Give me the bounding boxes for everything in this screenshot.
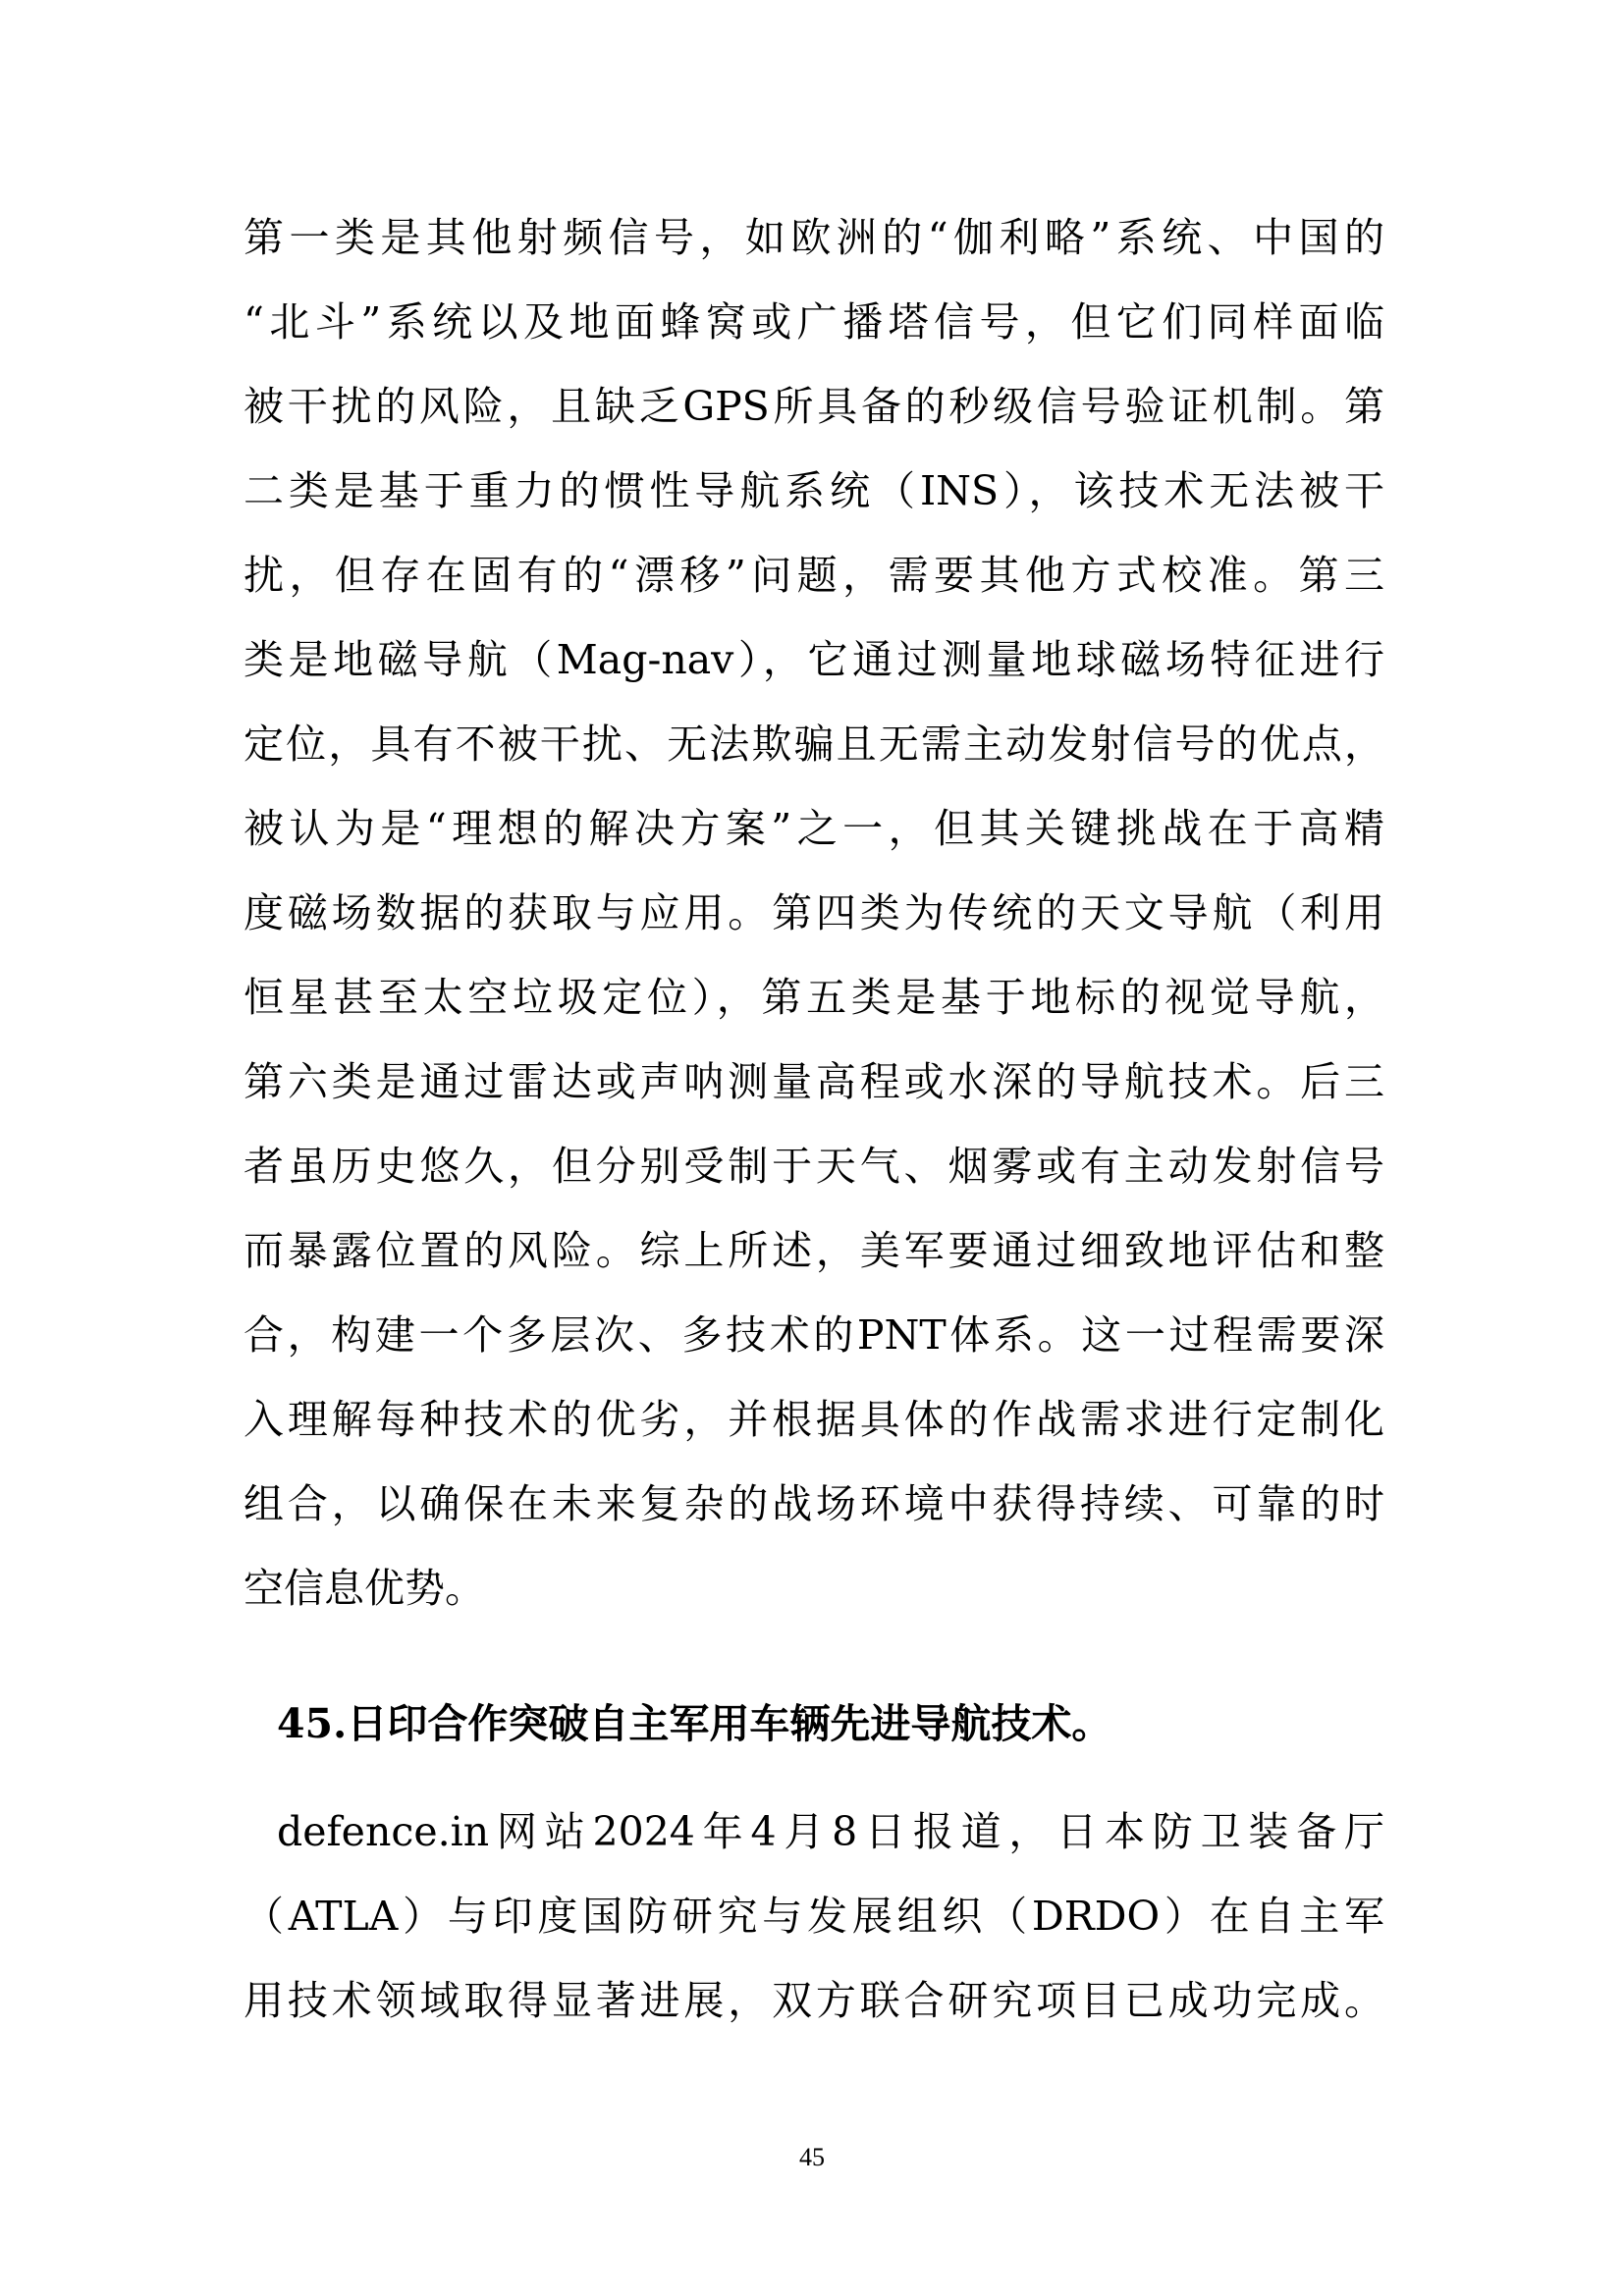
text-line: 入理解每种技术的优劣，并根据具体的作战需求进行定制化 xyxy=(244,1394,1384,1445)
text-line: 度磁场数据的获取与应用。第四类为传统的天文导航（利用 xyxy=(244,887,1384,938)
page-number: 45 xyxy=(0,2143,1624,2172)
text-line: 恒星甚至太空垃圾定位），第五类是基于地标的视觉导航， xyxy=(244,972,1384,1023)
text-line: 者虽历史悠久，但分别受制于天气、烟雾或有主动发射信号 xyxy=(244,1141,1384,1192)
text-line: 第一类是其他射频信号，如欧洲的“伽利略”系统、中国的 xyxy=(244,212,1384,263)
text-line: 二类是基于重力的惯性导航系统（INS），该技术无法被干 xyxy=(244,465,1384,516)
text-line: 扰，但存在固有的“漂移”问题，需要其他方式校准。第三 xyxy=(244,550,1384,601)
text-line: 定位，具有不被干扰、无法欺骗且无需主动发射信号的优点， xyxy=(244,719,1384,770)
text-line: 用技术领域取得显著进展，双方联合研究项目已成功完成。 xyxy=(244,1975,1384,2026)
document-page: 第一类是其他射频信号，如欧洲的“伽利略”系统、中国的 “北斗”系统以及地面蜂窝或… xyxy=(0,0,1624,2296)
text-line: 而暴露位置的风险。综上所述，美军要通过细致地评估和整 xyxy=(244,1225,1384,1276)
text-line: 被干扰的风险，且缺乏GPS所具备的秒级信号验证机制。第 xyxy=(244,381,1384,432)
text-line: 被认为是“理想的解决方案”之一，但其关键挑战在于高精 xyxy=(244,803,1384,854)
text-line: 第六类是通过雷达或声呐测量高程或水深的导航技术。后三 xyxy=(244,1056,1384,1107)
text-line: 组合，以确保在未来复杂的战场环境中获得持续、可靠的时 xyxy=(244,1478,1384,1529)
text-line: defence.in网站2024年4月8日报道，日本防卫装备厅 xyxy=(277,1806,1384,1857)
text-line: 合，构建一个多层次、多技术的PNT体系。这一过程需要深 xyxy=(244,1309,1384,1361)
text-line: 空信息优势。 xyxy=(244,1563,1384,1614)
section-heading: 45.日印合作突破自主军用车辆先进导航技术。 xyxy=(277,1698,1111,1749)
text-line: 类是地磁导航（Mag-nav），它通过测量地球磁场特征进行 xyxy=(244,634,1384,685)
text-line: “北斗”系统以及地面蜂窝或广播塔信号，但它们同样面临 xyxy=(244,296,1384,347)
text-line: （ATLA）与印度国防研究与发展组织（DRDO）在自主军 xyxy=(244,1891,1384,1942)
